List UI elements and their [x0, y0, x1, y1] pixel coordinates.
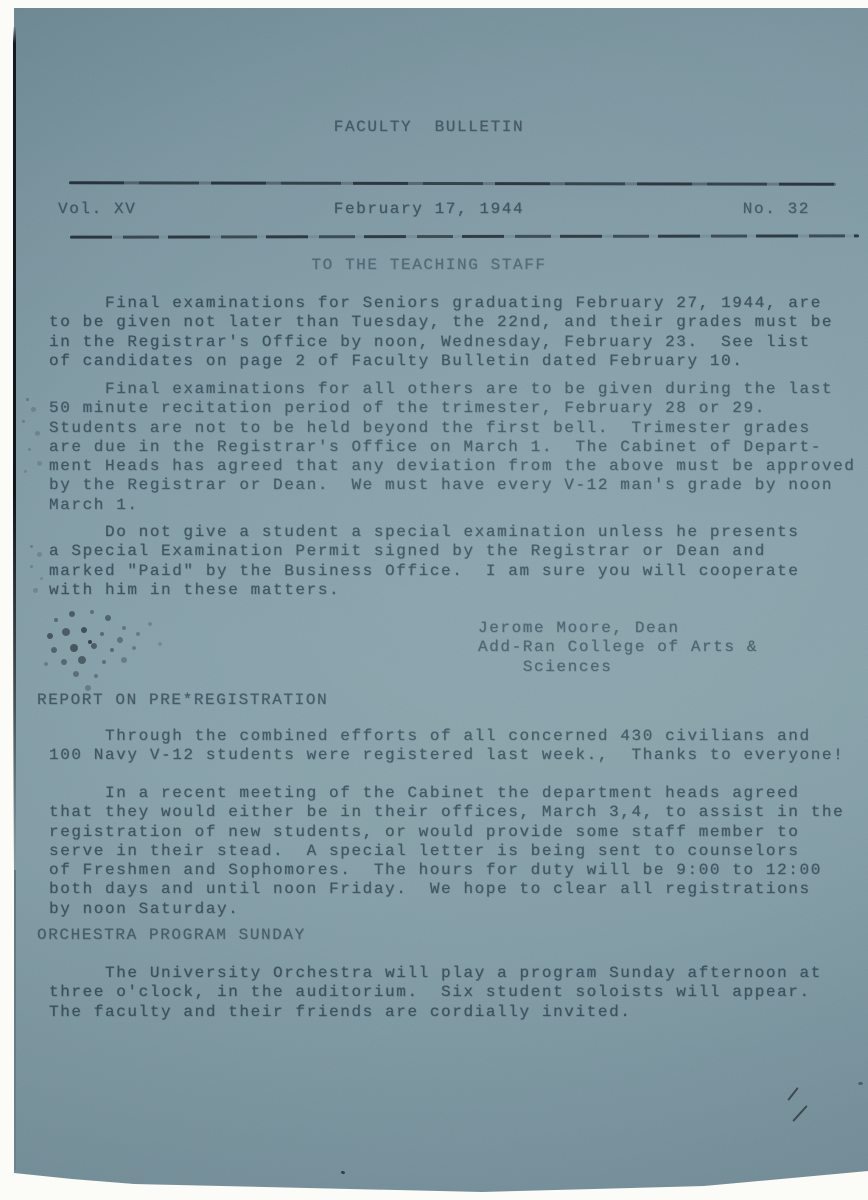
- page-edge-shadow-line: [13, 26, 16, 874]
- ink-speck-right-edge: [858, 1082, 863, 1085]
- masthead-date: February 17, 1944: [14, 200, 844, 219]
- paragraph-senior-exams: Final examinations for Seniors graduatin…: [49, 294, 833, 371]
- bulletin-title: FACULTY BULLETIN: [14, 118, 844, 137]
- masthead-rule-top: [69, 181, 836, 186]
- paragraph-other-exams: Final examinations for all others are to…: [49, 380, 856, 515]
- scanned-bulletin-canvas: FACULTY BULLETIN Vol. XV February 17, 19…: [0, 0, 868, 1200]
- paragraph-orchestra-program: The University Orchestra will play a pro…: [49, 964, 822, 1022]
- page-edge-shadow-lower: [14, 870, 16, 1170]
- section-heading-orchestra: ORCHESTRA PROGRAM SUNDAY: [37, 926, 306, 945]
- paragraph-special-exams: Do not give a student a special examinat…: [49, 523, 800, 600]
- margin-ink-smudge-lower: [30, 545, 33, 548]
- paragraph-cabinet-meeting: In a recent meeting of the Cabinet the d…: [49, 784, 844, 919]
- section-heading-teaching-staff: TO THE TEACHING STAFF: [14, 256, 844, 275]
- ink-splatter-blot: [88, 640, 92, 644]
- bulletin-page: FACULTY BULLETIN Vol. XV February 17, 19…: [14, 8, 868, 1200]
- masthead-rule-bottom: [70, 234, 859, 238]
- section-heading-preregistration: REPORT ON PRE*REGISTRATION: [37, 691, 328, 710]
- signature-block: Jerome Moore, Dean Add-Ran College of Ar…: [478, 619, 758, 677]
- masthead-issue-number: No. 32: [743, 200, 810, 219]
- paragraph-registration-totals: Through the combined efforts of all conc…: [49, 727, 844, 766]
- margin-ink-smudge-upper: [26, 398, 29, 401]
